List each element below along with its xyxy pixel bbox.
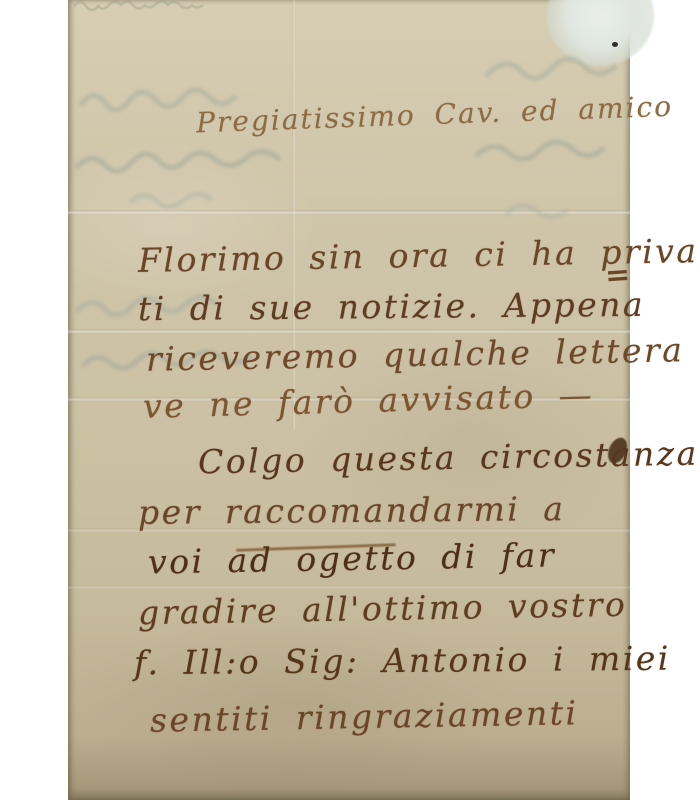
letter-line-3: riceveremo qualche lettera — [146, 330, 685, 378]
letter-line-5: Colgo questa circostanza — [198, 434, 699, 482]
verso-showthrough-top-left — [70, 78, 430, 218]
verso-showthrough-right — [466, 46, 636, 246]
scan-background: Pregiatissimo Cav. ed amico = Florimo si… — [0, 0, 700, 800]
letter-line-2: ti di sue notizie. Appena — [138, 285, 645, 328]
pencil-inscription — [70, 0, 250, 16]
letter-paper: Pregiatissimo Cav. ed amico = Florimo si… — [68, 0, 630, 800]
letter-line-7: voi ad ogetto di far — [148, 535, 557, 581]
letter-line-9: f. Ill:o Sig: Antonio i miei — [134, 639, 671, 683]
letter-line-6: per raccomandarmi a — [138, 489, 566, 532]
letter-line-8: gradire all'ottimo vostro — [138, 585, 628, 633]
letter-line-10: sentiti ringraziamenti — [150, 693, 579, 739]
